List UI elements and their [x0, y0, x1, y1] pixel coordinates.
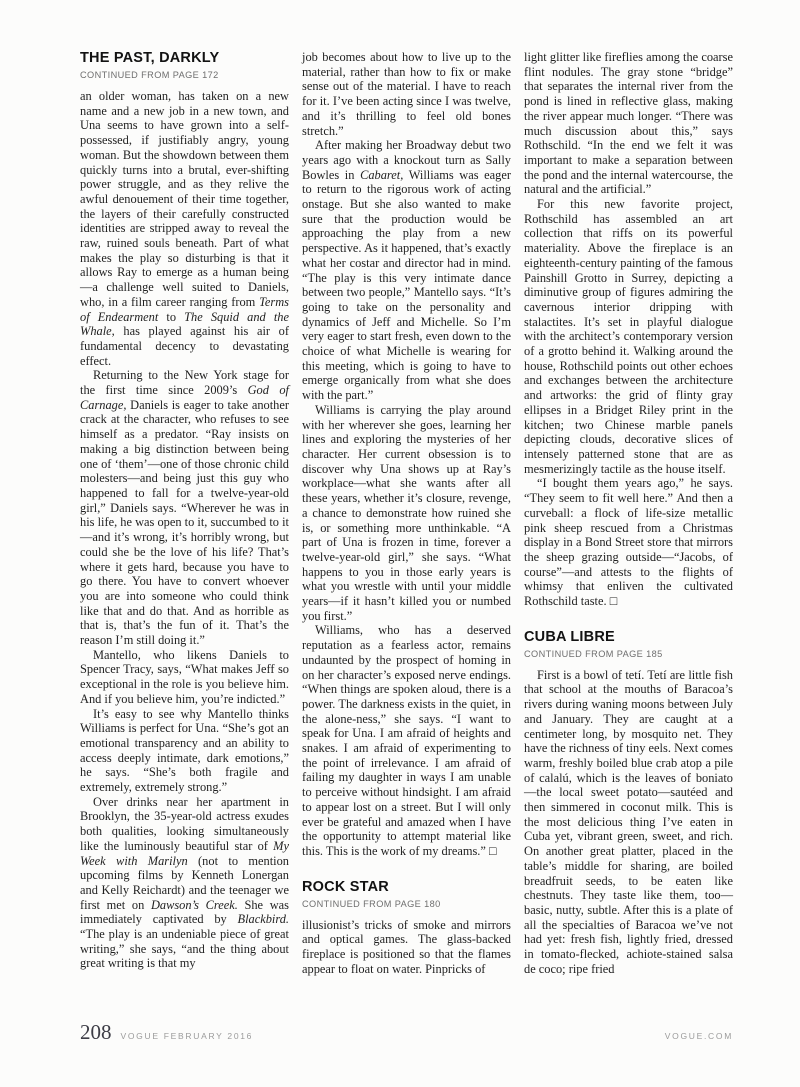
continued-from-line: CONTINUED FROM PAGE 180 [302, 899, 511, 910]
body-paragraph: It’s easy to see why Mantello thinks Wil… [80, 707, 289, 795]
body-paragraph: First is a bowl of tetí. Tetí are little… [524, 668, 733, 977]
site-label: VOGUE.COM [665, 1031, 733, 1041]
column-1: THE PAST, DARKLYCONTINUED FROM PAGE 172a… [80, 50, 289, 976]
footer-left: 208 VOGUE FEBRUARY 2016 [80, 1020, 253, 1045]
italic-title: Blackbird. [238, 912, 290, 926]
body-paragraph: job becomes about how to live up to the … [302, 50, 511, 138]
page-footer: 208 VOGUE FEBRUARY 2016 VOGUE.COM [80, 1020, 733, 1045]
body-paragraph: After making her Broadway debut two year… [302, 138, 511, 403]
article-heading: CUBA LIBRE [524, 629, 733, 646]
page-number: 208 [80, 1020, 112, 1045]
continued-from-line: CONTINUED FROM PAGE 172 [80, 70, 289, 81]
body-paragraph: For this new favorite project, Rothschil… [524, 197, 733, 476]
body-paragraph: Williams is carrying the play around wit… [302, 403, 511, 624]
body-paragraph: Williams, who has a deserved reputation … [302, 623, 511, 858]
body-paragraph: light glitter like fireflies among the c… [524, 50, 733, 197]
body-paragraph: Over drinks near her apartment in Brookl… [80, 795, 289, 971]
italic-title: Cabaret, [360, 168, 403, 182]
body-paragraph: “I bought them years ago,” he says. “The… [524, 476, 733, 608]
issue-label: VOGUE FEBRUARY 2016 [121, 1031, 254, 1041]
magazine-page: THE PAST, DARKLYCONTINUED FROM PAGE 172a… [0, 0, 800, 1087]
italic-title: God of Carnage, [80, 383, 289, 412]
text-columns: THE PAST, DARKLYCONTINUED FROM PAGE 172a… [80, 50, 733, 976]
body-paragraph: an older woman, has taken on a new name … [80, 89, 289, 368]
continued-from-line: CONTINUED FROM PAGE 185 [524, 649, 733, 660]
body-paragraph: Mantello, who likens Daniels to Spencer … [80, 648, 289, 707]
column-3: light glitter like fireflies among the c… [524, 50, 733, 976]
body-paragraph: Returning to the New York stage for the … [80, 368, 289, 647]
italic-title: My Week with Marilyn [80, 839, 289, 868]
column-2: job becomes about how to live up to the … [302, 50, 511, 976]
body-paragraph: illusionist’s tricks of smoke and mirror… [302, 918, 511, 977]
article-heading: THE PAST, DARKLY [80, 50, 289, 67]
italic-title: Dawson’s Creek. [151, 898, 238, 912]
article-heading: ROCK STAR [302, 879, 511, 896]
